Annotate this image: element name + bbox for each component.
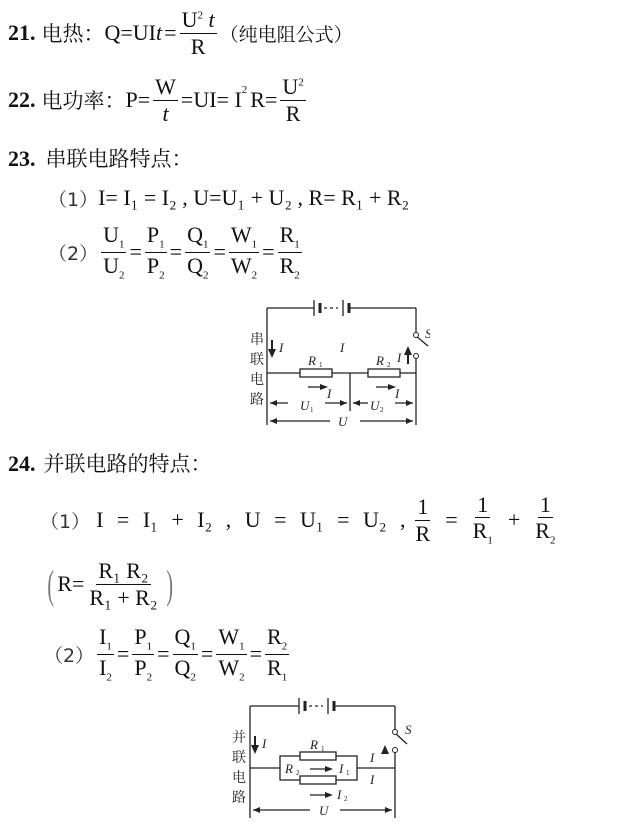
sub: 1 [147,640,153,652]
num: 1 [415,495,430,520]
fraction: W t [153,75,178,124]
sub: 1 [159,238,165,250]
label-I2: I [336,787,342,802]
var-t: t [156,20,162,46]
label-R1: R [307,353,316,368]
item-title: 并联电路的特点： [44,452,212,476]
den: P [147,253,159,278]
sub: 2 [387,361,391,369]
den: Q [175,655,191,680]
fraction: U2 t R [180,8,217,57]
side-label-char: 路 [232,790,246,806]
series-line-1: （1） I= I₁ = I₂ , U=U₁ + U₂ , R= R₁ + R₂ [48,183,409,213]
formula-mid2: R= [250,87,277,113]
num: Q [175,624,191,649]
item-number: 23. [8,146,36,171]
sub: 2 [159,269,165,281]
item-title: 串联电路特点： [46,147,193,171]
num: W [218,624,239,649]
item-number: 24. [8,451,36,476]
label-I-right-lower: I [369,772,375,787]
den: R [280,253,295,278]
equals: = [157,641,169,667]
fraction: 1R [414,495,433,544]
line-label: （2） [48,239,98,266]
sub: 2 [252,269,258,281]
formula-text: I = I₁ + I₂ , U = U₁ = U₂ , [96,507,405,533]
sub: 1 [310,406,314,414]
sub: 2 [296,769,300,777]
equals: = [117,641,129,667]
label-I1: I [338,761,344,776]
equals: = [164,20,176,46]
fraction: Q1Q2 [173,625,198,684]
label-R1: R [309,737,318,752]
formula-mid: =UI= I [181,87,242,113]
label-R2: R [375,353,384,368]
sub: 2 [239,671,245,683]
sub: 2 [294,269,300,281]
line-label: （2） [44,641,94,668]
parallel-resistance-formula: ( R= R₁ R₂R₁ + R₂ ) [44,556,176,612]
label-U: U [338,414,349,429]
num: 1 [475,493,490,518]
sub: 1 [346,769,350,777]
label-I-left: I [261,736,267,751]
den: U [103,253,119,278]
side-label-char: 联 [232,750,246,766]
sub: 2 [203,269,209,281]
label-I-R2: I [394,386,400,401]
heading-24: 24. 并联电路的特点： [8,448,212,478]
label-I-right: I [369,750,375,765]
formula-note: （纯电阻公式） [220,20,353,47]
sub: 1 [190,640,196,652]
parallel-line-1: （1） I = I₁ + I₂ , U = U₁ = U₂ , 1R = 1R1… [40,490,560,550]
label-I-R1: I [326,386,332,401]
sub: 2 [550,534,556,546]
num: R₁ R₂ [96,559,150,584]
sub: 1 [487,534,493,546]
num: W [231,222,252,247]
fraction: Q1Q2 [185,223,210,282]
sub: 2 [282,640,288,652]
equals: = [262,239,274,265]
item-title: 电功率： [42,85,126,115]
sub: 2 [190,671,196,683]
fraction: R1R2 [278,223,302,282]
sub: 1 [294,238,300,250]
label-I-left: I [278,340,284,355]
den: P [134,655,146,680]
den: W [231,253,252,278]
side-label-char: 并 [232,730,246,746]
sub: 1 [239,640,245,652]
fraction: W1W2 [216,625,246,684]
num: P [134,624,146,649]
fraction: U2 R [280,75,305,124]
right-brace: ) [166,561,173,608]
num: U [182,7,198,32]
sub: 2 [147,671,153,683]
parallel-circuit-diagram: I I I R 1 R 2 I 1 I 2 U S 并 联 电 路 [215,688,425,826]
series-line-2: （2） U1U2 = P1P2 = Q1Q2 = W1W2 = R1R2 [48,222,305,282]
num: U [103,222,119,247]
item-title: 电热： [42,18,105,48]
line-label: （1） [40,507,90,534]
sup: 2 [242,84,248,96]
parallel-line-2: （2） I1I2 = P1P2 = Q1Q2 = W1W2 = R2R1 [44,624,292,684]
parallel-circuit-icon: I I I R 1 R 2 I 1 I 2 U S 并 联 电 路 [215,688,425,826]
den: Q [187,253,203,278]
sub: 2 [344,795,348,803]
fraction: W1W2 [229,223,259,282]
formula-lhs: R= [57,571,84,597]
den: R [284,101,303,125]
num: R [280,222,295,247]
left-brace: ( [47,561,54,608]
equals: = [201,641,213,667]
fraction: R₁ R₂R₁ + R₂ [87,559,159,608]
den: R [267,655,282,680]
den: W [218,655,239,680]
item-number: 21. [8,20,36,46]
sub: 2 [119,269,125,281]
side-label-char: 路 [250,392,264,408]
formula-lhs: Q=UI [105,20,157,46]
formula-22: 22. 电功率： P= W t =UI= I2 R= U2 R [8,70,309,130]
label-switch: S [405,722,412,737]
sub: 1 [321,745,325,753]
num: 1 [538,493,553,518]
num: P [147,222,159,247]
sub: 1 [252,238,258,250]
label-U: U [319,803,330,818]
num: U [282,74,298,99]
equals: = [213,239,225,265]
fraction: I1I2 [97,625,114,684]
side-label-char: 联 [250,352,264,368]
sub: 2 [106,671,112,683]
den: R [189,34,208,58]
label-R2: R [284,761,293,776]
fraction: P1P2 [145,223,167,282]
series-circuit-icon: I I I R 1 R 2 I I U 1 U 2 U S 串 联 电 路 [230,290,430,430]
den: t [160,101,170,125]
fraction: U1U2 [101,223,126,282]
sub: 1 [319,361,323,369]
sup: 2 [197,10,203,22]
side-label-char: 串 [250,331,264,348]
fraction: 1R1 [471,493,495,547]
formula-lhs: P= [126,87,151,113]
label-switch: S [425,326,430,341]
fraction: R2R1 [265,625,289,684]
equals: = [445,507,457,533]
label-I-mid: I [339,340,345,355]
series-circuit-diagram: I I I R 1 R 2 I I U 1 U 2 U S 串 联 电 路 [230,290,430,430]
den: R [414,521,433,545]
sub: 1 [106,640,112,652]
sub: 2 [380,406,384,414]
var-t: t [208,7,214,32]
fraction: P1P2 [132,625,154,684]
label-I-right: I [396,350,402,365]
den: R [535,518,550,543]
side-label-char: 电 [232,769,246,786]
formula-text: I= I₁ = I₂ , U=U₁ + U₂ , R= R₁ + R₂ [98,185,409,211]
plus: + [508,507,520,533]
heading-23: 23. 串联电路特点： [8,143,193,173]
formula-21: 21. 电热： Q=UIt = U2 t R （纯电阻公式） [8,8,353,58]
item-number: 22. [8,87,36,113]
sup: 2 [298,77,304,89]
equals: = [170,239,182,265]
equals: = [250,641,262,667]
num: W [153,75,178,100]
sub: 1 [119,238,125,250]
sub: 1 [203,238,209,250]
den: R [473,518,488,543]
den: R₁ + R₂ [87,585,159,609]
side-label-char: 电 [250,371,264,388]
line-label: （1） [48,185,98,212]
fraction: 1R2 [533,493,557,547]
num: R [267,624,282,649]
equals: = [129,239,141,265]
sub: 1 [282,671,288,683]
num: Q [187,222,203,247]
